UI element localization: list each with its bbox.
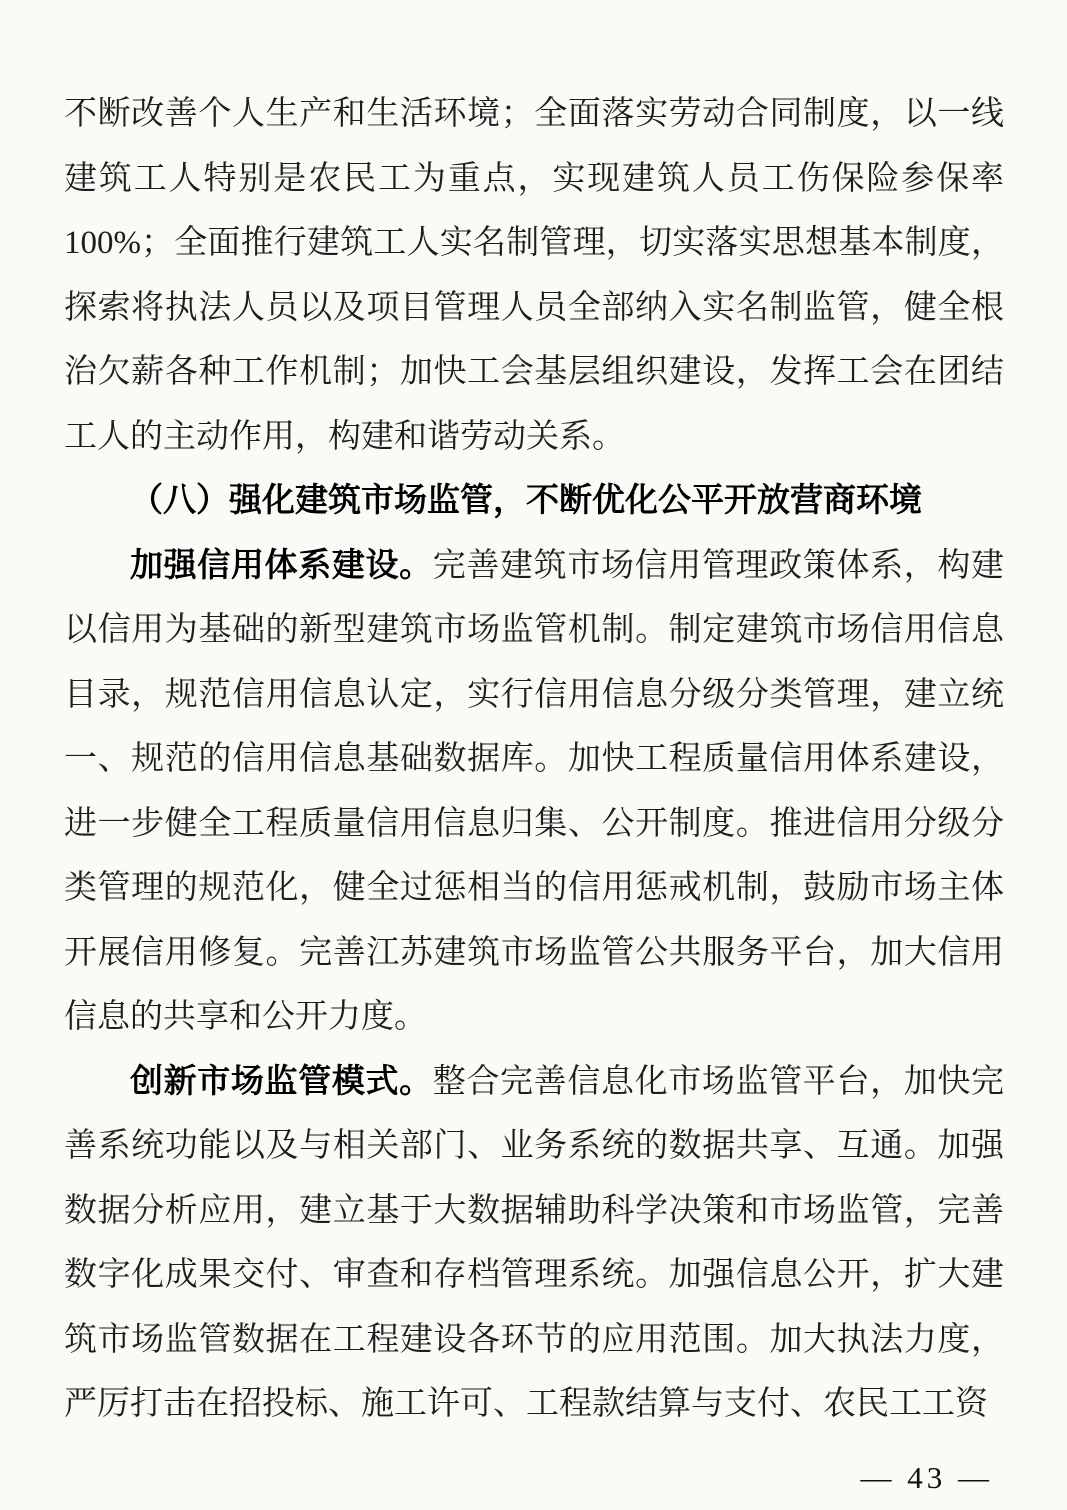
- page-number: — 43 —: [861, 1460, 994, 1496]
- paragraph-text: 完善建筑市场信用管理政策体系，构建以信用为基础的新型建筑市场监管机制。制定建筑市…: [64, 548, 1004, 1036]
- paragraph-lead: 创新市场监管模式。: [130, 1064, 433, 1100]
- page-content: 不断改善个人生产和生活环境；全面落实劳动合同制度，以一线建筑工人特别是农民工为重…: [64, 82, 1004, 1437]
- paragraph-text: 整合完善信息化市场监管平台，加快完善系统功能以及与相关部门、业务系统的数据共享、…: [64, 1064, 1004, 1423]
- paragraph-market-supervision: 创新市场监管模式。整合完善信息化市场监管平台，加快完善系统功能以及与相关部门、业…: [64, 1050, 1004, 1437]
- paragraph-lead: 加强信用体系建设。: [130, 548, 433, 584]
- section-heading-text: （八）强化建筑市场监管，不断优化公平开放营商环境: [130, 483, 922, 519]
- document-page: 不断改善个人生产和生活环境；全面落实劳动合同制度，以一线建筑工人特别是农民工为重…: [0, 0, 1067, 1510]
- paragraph-credit-system: 加强信用体系建设。完善建筑市场信用管理政策体系，构建以信用为基础的新型建筑市场监…: [64, 534, 1004, 1050]
- paragraph-continuation: 不断改善个人生产和生活环境；全面落实劳动合同制度，以一线建筑工人特别是农民工为重…: [64, 82, 1004, 469]
- paragraph-text: 不断改善个人生产和生活环境；全面落实劳动合同制度，以一线建筑工人特别是农民工为重…: [64, 96, 1004, 455]
- page-number-text: — 43 —: [861, 1460, 994, 1495]
- section-heading: （八）强化建筑市场监管，不断优化公平开放营商环境: [64, 469, 1004, 534]
